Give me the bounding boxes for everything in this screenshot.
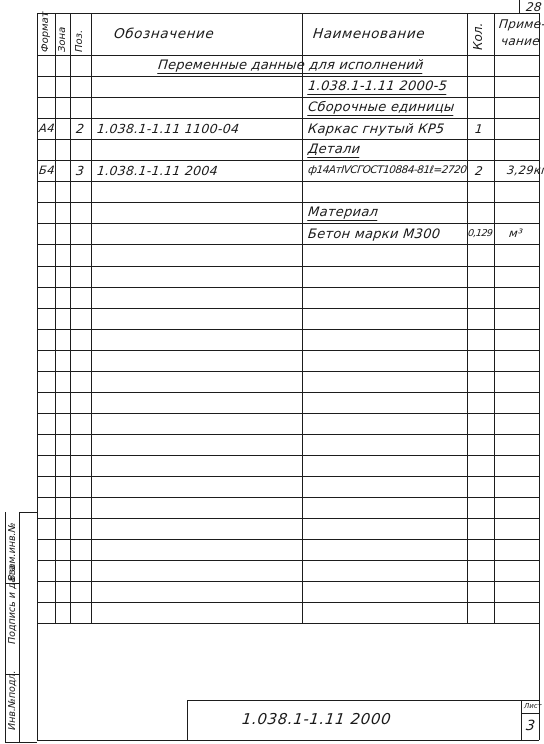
row-divider: [37, 160, 539, 161]
cell-pos: 2: [75, 123, 85, 136]
row-divider: [37, 287, 539, 288]
cell-name: 1.038.1-1.11 2000-5: [307, 80, 448, 95]
stamp-divider-1: [5, 583, 19, 584]
cell-name: ф14АтⅣСГОСТ10884-81ℓ=2720: [307, 165, 467, 176]
cell-name: Бетон марки М300: [307, 228, 441, 241]
cell-qty: 0,129: [468, 229, 493, 239]
stamp-bottom: [5, 742, 37, 743]
row-divider: [37, 76, 539, 77]
header-divider: [37, 55, 539, 56]
header-note-line1: Приме-: [498, 18, 544, 30]
cell-designation: 1.038.1-1.11 2004: [96, 165, 218, 178]
row-divider: [37, 434, 539, 435]
row-divider: [37, 476, 539, 477]
column-divider: [70, 13, 71, 623]
stamp-divider-2: [5, 674, 19, 675]
row-divider: [37, 97, 539, 98]
section-title: Переменные данные для исполнений: [157, 59, 424, 74]
row-divider: [37, 518, 539, 519]
sheet-box-left: [521, 700, 522, 740]
cell-name: Детали: [307, 143, 361, 158]
row-divider: [37, 581, 539, 582]
cell-pos: 3: [75, 165, 85, 178]
column-divider: [91, 13, 92, 623]
table-right-border: [539, 13, 540, 740]
stamp-top: [19, 512, 37, 513]
cell-name: Материал: [307, 206, 379, 221]
header-designation: Обозначение: [113, 28, 215, 42]
cell-qty: 2: [474, 165, 483, 177]
cell-name: Сборочные единицы: [307, 101, 455, 116]
row-divider: [37, 223, 539, 224]
column-divider: [467, 13, 468, 623]
header-qty: Кол.: [472, 23, 484, 50]
row-divider: [37, 539, 539, 540]
row-divider: [37, 455, 539, 456]
cell-designation: 1.038.1-1.11 1100-04: [96, 123, 240, 136]
header-name: Наименование: [312, 28, 426, 42]
header-note-line2: чание: [500, 35, 540, 47]
document-code: 1.038.1-1.11 2000: [241, 712, 392, 727]
row-divider: [37, 392, 539, 393]
page-box-border: [519, 0, 520, 13]
cell-note: 3,29кг: [506, 165, 544, 177]
sheet-number: 3: [525, 719, 536, 733]
title-block-top: [187, 700, 539, 701]
cell-note: м³: [508, 228, 523, 240]
table-left-border: [37, 13, 38, 740]
row-divider: [37, 244, 539, 245]
row-divider: [37, 308, 539, 309]
replace-inv-label: Взам.инв.№: [8, 523, 18, 581]
column-divider: [55, 13, 56, 623]
stamp-outer-left: [5, 512, 6, 742]
row-divider: [37, 181, 539, 182]
cell-format: Б4: [38, 165, 55, 177]
header-pos: Поз.: [75, 30, 85, 52]
sheet-box-divider: [521, 713, 539, 714]
row-divider: [37, 266, 539, 267]
table-bottom-border: [37, 740, 539, 741]
row-divider: [37, 560, 539, 561]
inv-orig-label: Инв.№подл.: [8, 670, 18, 730]
row-divider: [37, 202, 539, 203]
cell-name: Каркас гнутый КР5: [307, 123, 445, 136]
row-divider: [37, 413, 539, 414]
row-divider: [37, 139, 539, 140]
corner-page-number: 28: [525, 1, 542, 13]
title-block-left: [187, 700, 188, 740]
row-divider: [37, 371, 539, 372]
cell-format: А4: [38, 123, 55, 135]
header-format: Формат: [41, 11, 51, 52]
row-divider: [37, 118, 539, 119]
row-divider: [37, 350, 539, 351]
column-divider: [494, 13, 495, 623]
row-divider: [37, 497, 539, 498]
column-divider: [302, 13, 303, 623]
row-divider: [37, 329, 539, 330]
header-zone: Зона: [58, 27, 68, 52]
row-divider: [37, 623, 539, 624]
cell-qty: 1: [474, 123, 483, 135]
row-divider: [37, 602, 539, 603]
table-top-border: [37, 13, 539, 14]
stamp-inner-divider: [19, 512, 20, 742]
